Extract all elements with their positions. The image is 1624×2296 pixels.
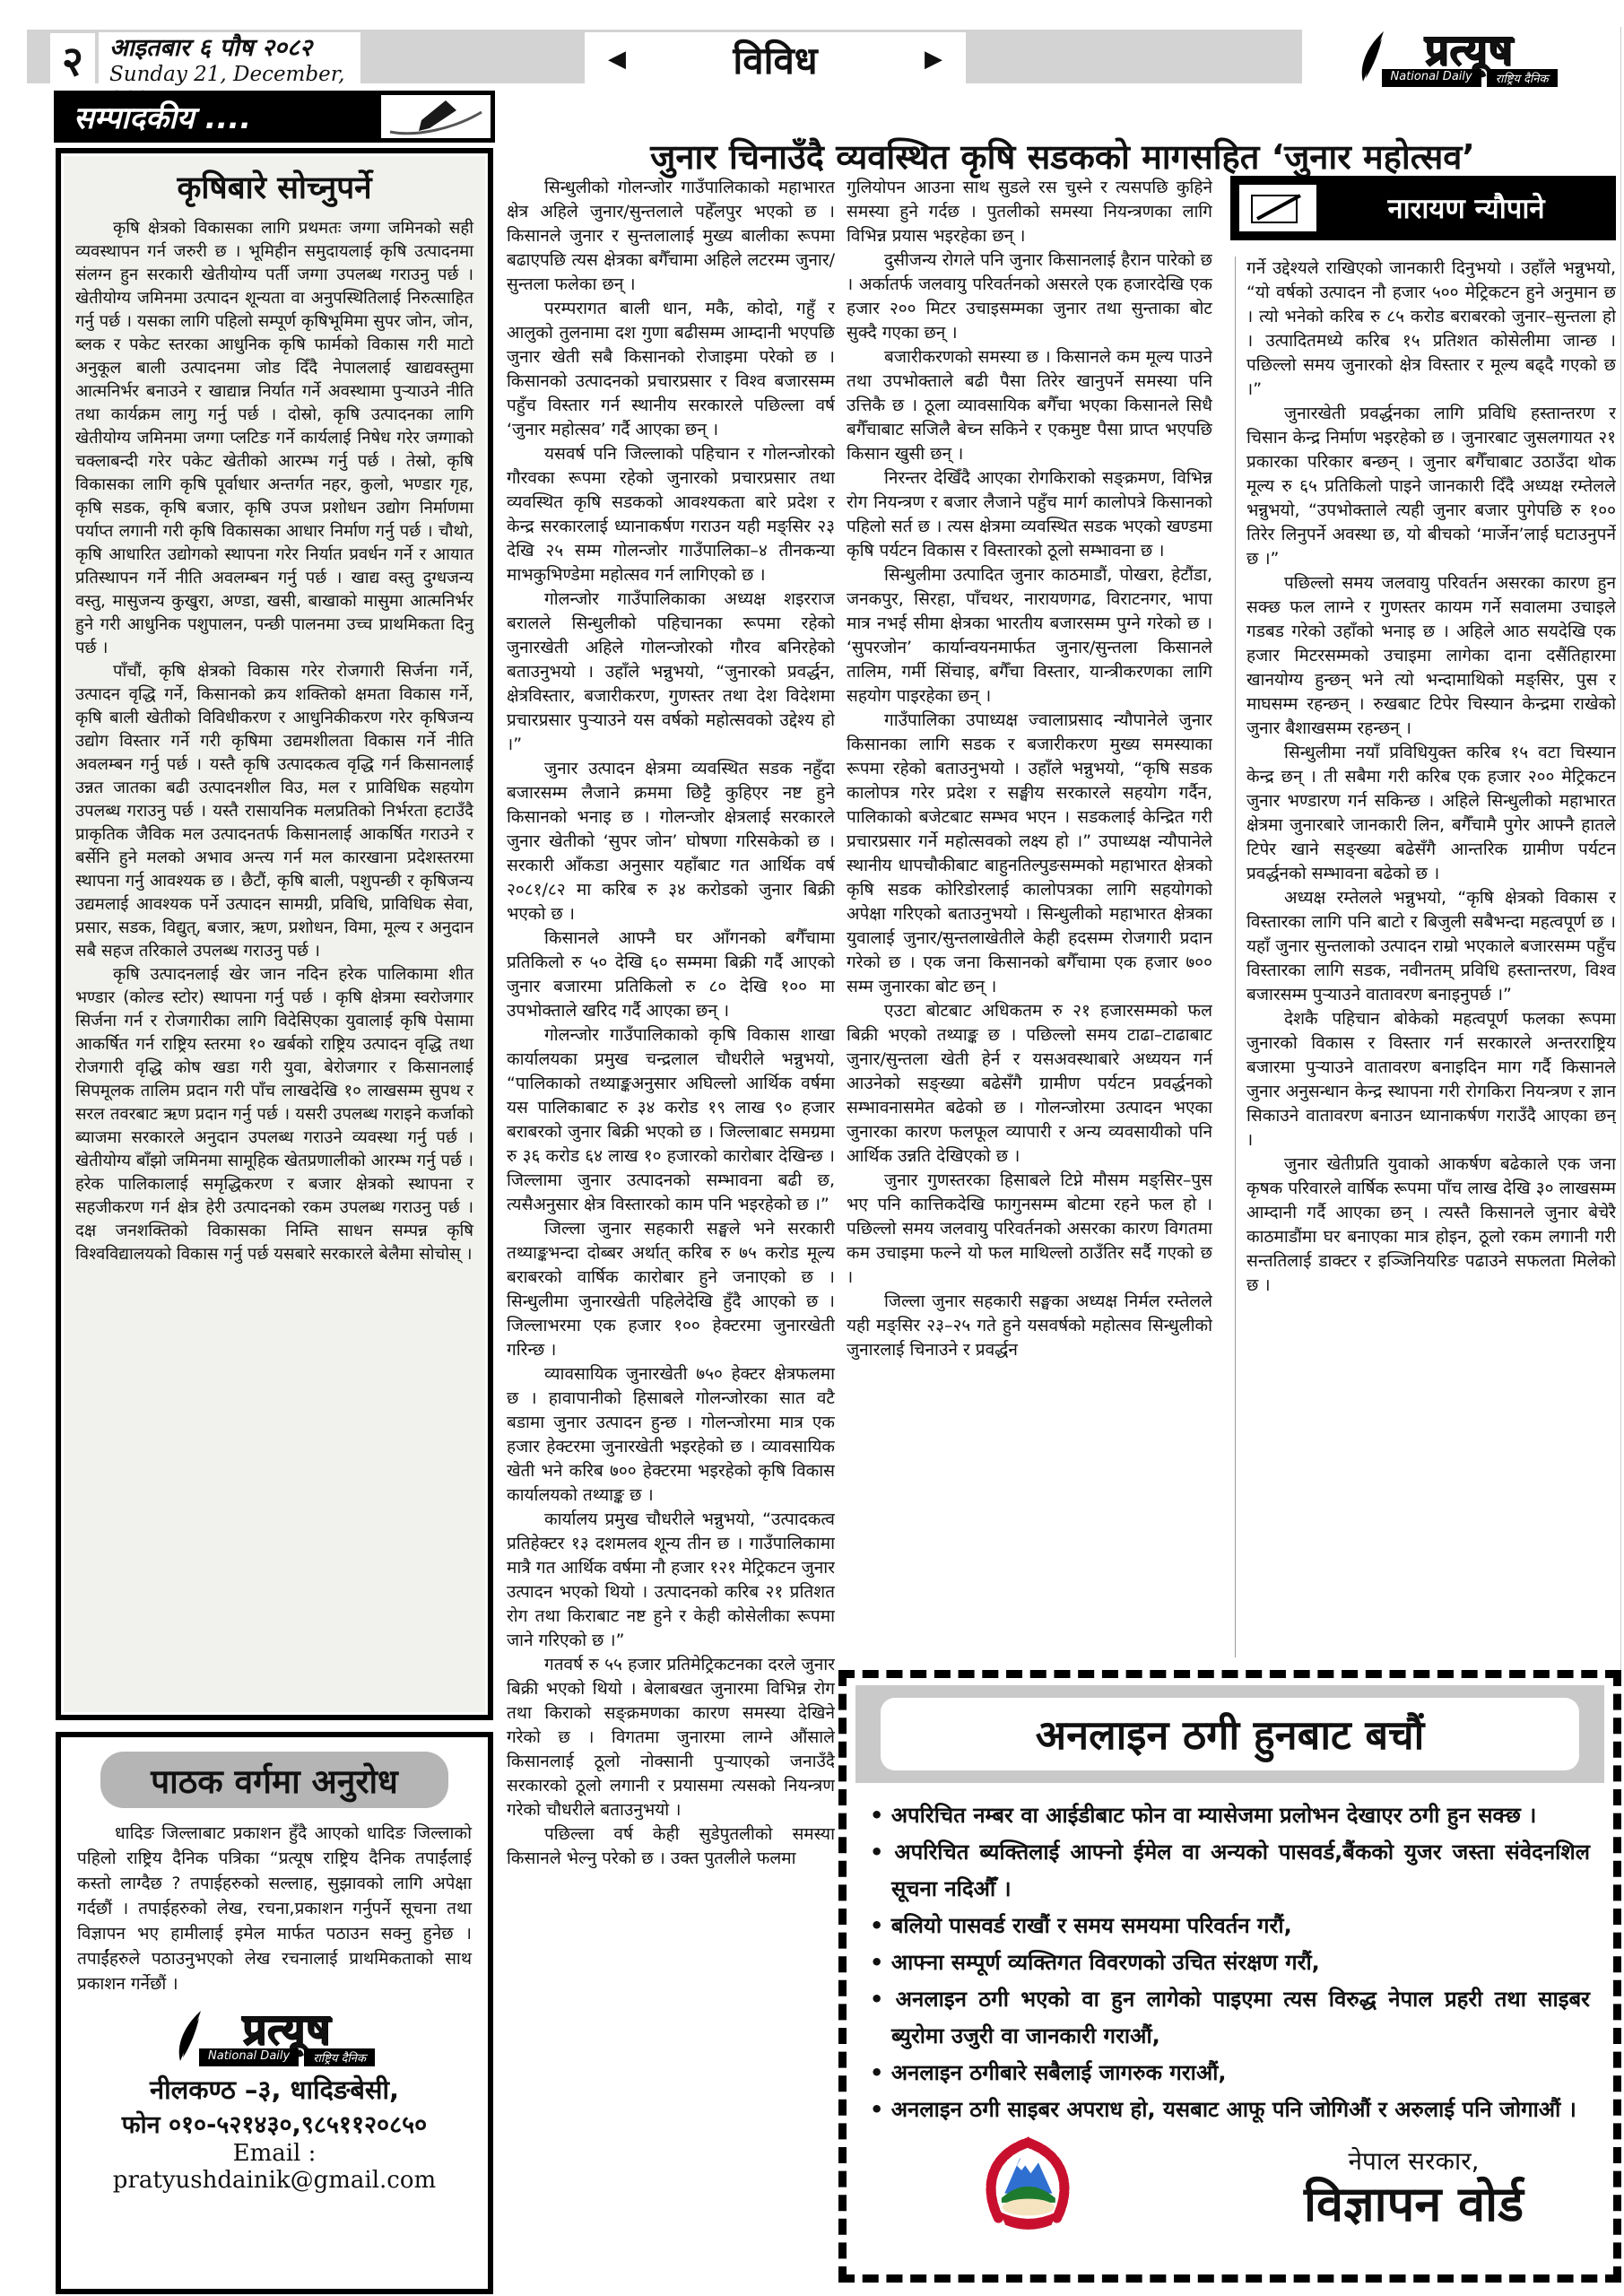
- article-paragraph: व्यावसायिक जुनारखेती ७५० हेक्टर क्षेत्रफ…: [507, 1362, 835, 1508]
- brand-tagline-np: राष्ट्रिय दैनिक: [304, 2048, 375, 2066]
- editorial-banner-label: सम्पादकीय ....: [74, 96, 251, 137]
- reader-request-body: धादिङ जिल्लाबाट प्रकाशन हुँदै आएको धादिङ…: [77, 1821, 472, 1996]
- advertisement-board-label: विज्ञापन वोर्ड: [1304, 2178, 1524, 2231]
- article-paragraph: जुनारखेती प्रवर्द्धनका लागि प्रविधि हस्त…: [1246, 402, 1616, 571]
- article-paragraph: कार्यालय प्रमुख चौधरीले भन्नुभयो, “उत्पा…: [507, 1508, 835, 1653]
- masthead-logo-box: प्रत्यूष National Daily राष्ट्रिय दैनिक: [1302, 30, 1611, 87]
- article-paragraph: बजारीकरणको समस्या छ । किसानले कम मूल्य प…: [847, 345, 1212, 466]
- brand-name: प्रत्यूष: [1425, 30, 1514, 73]
- ad-bullet: अनलाइन ठगी भएको वा हुन लागेको पाइएमा त्य…: [870, 1981, 1590, 2055]
- date-nepali: आइतबार ६ पौष २०८२: [109, 35, 360, 62]
- ad-gov-block: नेपाल सरकार, विज्ञापन वोर्ड: [1304, 2144, 1524, 2231]
- section-title-box: ◀ विविध ▶: [585, 32, 966, 86]
- ad-footer: नेपाल सरकार, विज्ञापन वोर्ड: [847, 2132, 1613, 2243]
- article-paragraph: पछिल्लो समय जलवायु परिवर्तन असरका कारण ह…: [1246, 571, 1616, 741]
- ad-bullet: अनलाइन ठगी साइबर अपराध हो, यसबाट आफू पनि…: [870, 2092, 1590, 2128]
- article-paragraph: किसानले आफ्नै घर आँगनको बगैँचामा प्रतिकि…: [507, 926, 835, 1023]
- article-paragraph: एउटा बोटबाट अधिकतम रु २१ हजारसम्मको फल ब…: [847, 999, 1212, 1169]
- ad-bullet: बलियो पासवर्ड राखौं र समय समयमा परिवर्तन…: [870, 1908, 1590, 1944]
- reader-box-logo: प्रत्यूष National Daily राष्ट्रिय दैनिक: [77, 2009, 472, 2066]
- article-paragraph: गोलन्जोर गाउँपालिकाका अध्यक्ष शइरराज बरा…: [507, 587, 835, 757]
- government-label: नेपाल सरकार,: [1304, 2144, 1524, 2178]
- section-title: विविध: [733, 34, 817, 85]
- editorial-paragraph: पाँचौं, कृषि क्षेत्रको विकास गरेर रोजगार…: [75, 660, 473, 963]
- article-paragraph: पछिल्ला वर्ष केही सुडेपुतलीको समस्या किस…: [507, 1822, 835, 1871]
- article-paragraph: अध्यक्ष रम्तेलले भन्नुभयो, “कृषि क्षेत्र…: [1246, 886, 1616, 1007]
- pratyush-logo: प्रत्यूष National Daily राष्ट्रिय दैनिक: [1357, 30, 1558, 87]
- ad-bullet-list: अपरिचित नम्बर वा आईडीबाट फोन वा म्यासेजम…: [847, 1783, 1613, 2128]
- article-paragraph: गतवर्ष रु ५५ हजार प्रतिमेट्रिकटनका दरले …: [507, 1653, 835, 1822]
- right-arrow-icon: ▶: [925, 48, 942, 71]
- byline-box: नारायण न्यौपाने: [1230, 176, 1616, 240]
- reader-request-box: पाठक वर्गमा अनुरोध धादिङ जिल्लाबाट प्रका…: [56, 1732, 493, 2294]
- editorial-title: कृषिबारे सोच्नुपर्ने: [75, 166, 473, 208]
- article-paragraph: सिन्धुलीको गोलन्जोर गाउँपालिकाको महाभारत…: [507, 176, 835, 297]
- article-paragraph: गर्ने उद्देश्यले राखिएको जानकारी दिनुभयो…: [1246, 257, 1616, 402]
- article-paragraph: जुनार खेतीप्रति युवाको आकर्षण बढेकाले एक…: [1246, 1152, 1616, 1298]
- pen-icon: [381, 95, 491, 138]
- editorial-paragraph: कृषि उत्पादनलाई खेर जान नदिन हरेक पालिका…: [75, 963, 473, 1266]
- article-paragraph: यसवर्ष पनि जिल्लाको पहिचान र गोलन्जोरको …: [507, 442, 835, 587]
- brand-tagline-en: National Daily: [1382, 69, 1481, 87]
- article-paragraph: गोलन्जोर गाउँपालिकाको कृषि विकास शाखा का…: [507, 1023, 835, 1217]
- article-paragraph: सिन्धुलीमा उत्पादित जुनार काठमाडौं, पोखर…: [847, 563, 1212, 709]
- address-line2: फोन ०१०-५२१४३०,९८५११२०८५०: [77, 2107, 472, 2140]
- article-paragraph: देशकै पहिचान बोकेको महत्वपूर्ण फलका रूपम…: [1246, 1007, 1616, 1152]
- article-column-1: सिन्धुलीको गोलन्जोर गाउँपालिकाको महाभारत…: [507, 176, 835, 2287]
- article-paragraph: जुनार गुणस्तरका हिसाबले टिप्ने मौसम मङ्स…: [847, 1169, 1212, 1290]
- article-paragraph: सिन्धुलीमा नयाँ प्रविधियुक्त करिब १५ वटा…: [1246, 741, 1616, 886]
- pratyush-logo: प्रत्यूष National Daily राष्ट्रिय दैनिक: [174, 2009, 375, 2066]
- editorial-banner: सम्पादकीय ....: [54, 91, 495, 143]
- article-paragraph: गुलियोपन आउना साथ सुडले रस चुस्ने र त्यस…: [847, 176, 1212, 248]
- note-pen-icon: [1239, 185, 1316, 231]
- ad-title-band: अनलाइन ठगी हुनबाट बचौं: [855, 1685, 1604, 1783]
- byline-author: नारायण न्यौपाने: [1316, 189, 1616, 227]
- article-column-3: गर्ने उद्देश्यले राखिएको जानकारी दिनुभयो…: [1246, 257, 1616, 1657]
- article-paragraph: जिल्ला जुनार सहकारी सङ्घका अध्यक्ष निर्म…: [847, 1290, 1212, 1362]
- left-arrow-icon: ◀: [608, 48, 626, 71]
- article-paragraph: जुनार उत्पादन क्षेत्रमा व्यवस्थित सडक नह…: [507, 757, 835, 926]
- newspaper-page: २ आइतबार ६ पौष २०८२ Sunday 21, December,…: [0, 0, 1624, 2296]
- reader-request-inner: पाठक वर्गमा अनुरोध धादिङ जिल्लाबाट प्रका…: [60, 1736, 489, 2290]
- article-paragraph: दुसीजन्य रोगले पनि जुनार किसानलाई हैरान …: [847, 248, 1212, 345]
- article-paragraph: जिल्ला जुनार सहकारी सङ्घले भने सरकारी तथ…: [507, 1217, 835, 1362]
- article-paragraph: परम्परागत बाली धान, मकै, कोदो, गहुँ र आल…: [507, 297, 835, 442]
- email-address: Email : pratyushdainik@gmail.com: [77, 2140, 472, 2194]
- column-divider: [1235, 257, 1236, 1657]
- online-fraud-ad-box: अनलाइन ठगी हुनबाट बचौं अपरिचित नम्बर वा …: [838, 1670, 1621, 2283]
- article-paragraph: निरन्तर देखिँदै आएका रोगकिराको सङ्क्रमण,…: [847, 466, 1212, 563]
- date-box: आइतबार ६ पौष २०८२ Sunday 21, December, 2…: [99, 32, 360, 88]
- reader-request-paragraph: धादिङ जिल्लाबाट प्रकाशन हुँदै आएको धादिङ…: [77, 1821, 472, 1996]
- address-line1: नीलकण्ठ –३, धादिङबेसी,: [77, 2072, 472, 2107]
- brand-tagline-np: राष्ट्रिय दैनिक: [1487, 69, 1558, 87]
- brand-tagline-en: National Daily: [199, 2048, 299, 2066]
- ad-bullet: आफ्ना सम्पूर्ण व्यक्तिगत विवरणको उचित सं…: [870, 1944, 1590, 1981]
- editorial-paragraph: कृषि क्षेत्रको विकासका लागि प्रथमतः जग्ग…: [75, 217, 473, 660]
- article-column-2: गुलियोपन आउना साथ सुडले रस चुस्ने र त्यस…: [847, 176, 1212, 1659]
- page-number: २: [50, 33, 95, 87]
- ad-title: अनलाइन ठगी हुनबाट बचौं: [881, 1698, 1579, 1770]
- ad-bullet: अपरिचित नम्बर वा आईडीबाट फोन वा म्यासेजम…: [870, 1797, 1590, 1834]
- nepal-government-emblem: [981, 2132, 1074, 2243]
- reader-request-title: पाठक वर्गमा अनुरोध: [100, 1752, 447, 1808]
- article-headline: जुनार चिनाउँदै व्यवस्थित कृषि सडकको मागस…: [502, 133, 1623, 179]
- editorial-body: कृषि क्षेत्रको विकासका लागि प्रथमतः जग्ग…: [75, 217, 473, 1266]
- editorial-box: कृषिबारे सोच्नुपर्ने कृषि क्षेत्रको विका…: [56, 148, 493, 1720]
- editorial-box-inner: कृषिबारे सोच्नुपर्ने कृषि क्षेत्रको विका…: [60, 152, 489, 1716]
- ad-bullet: अपरिचित ब्यक्तिलाई आफ्नो ईमेल वा अन्यको …: [870, 1834, 1590, 1908]
- brand-name: प्रत्यूष: [243, 2009, 332, 2052]
- article-paragraph: गाउँपालिका उपाध्यक्ष ज्वालाप्रसाद न्यौपा…: [847, 709, 1212, 999]
- ad-bullet: अनलाइन ठगीबारे सबैलाई जागरुक गराऔं,: [870, 2055, 1590, 2092]
